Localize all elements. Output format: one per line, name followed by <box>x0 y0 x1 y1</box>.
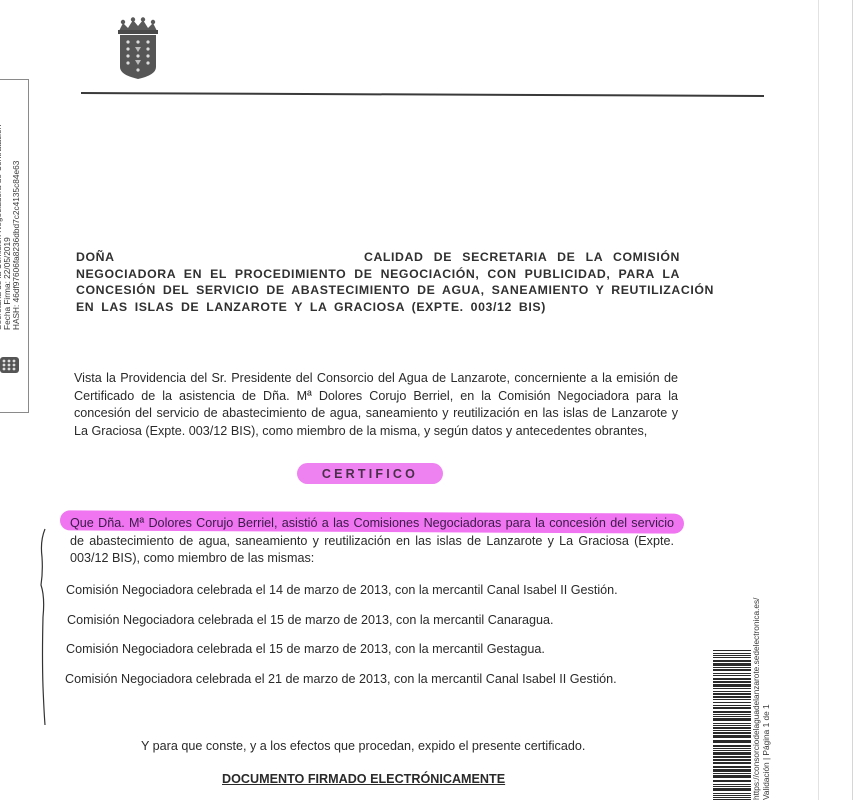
list-item: Comisión Negociadora celebrada el 14 de … <box>66 583 666 613</box>
heading-line-2: NEGOCIADORA EN EL PROCEDIMIENTO DE NEGOC… <box>76 266 680 283</box>
signed-electronically-label: DOCUMENTO FIRMADO ELECTRÓNICAMENTE <box>222 772 505 786</box>
certificate-heading: DOÑA XXXXXXXXXXXXXXXXXXXXXXXXXX CALIDAD … <box>76 249 680 315</box>
intro-paragraph: Vista la Providencia del Sr. Presidente … <box>74 370 678 440</box>
list-item: Comisión Negociadora celebrada el 15 de … <box>67 613 666 643</box>
document-page: Secretaria de la Comisión Negociadora de… <box>0 0 860 800</box>
list-item: Comisión Negociadora celebrada el 15 de … <box>66 642 666 672</box>
verification-stamp-text: Secretaria de la Comisión Negociadora de… <box>0 80 34 330</box>
validation-page: Validación | Página 1 de 1 <box>762 598 772 800</box>
barcode-icon <box>713 650 751 800</box>
heading-line-3: CONCESIÓN DEL SERVICIO DE ABASTECIMIENTO… <box>76 282 680 299</box>
coat-of-arms-icon <box>115 17 161 81</box>
heading-line-4: EN LAS ISLAS DE LANZAROTE Y LA GRACIOSA … <box>76 299 680 316</box>
header-divider <box>81 92 764 97</box>
redacted-name: XXXXXXXXXXXXXXXXXXXXXXXXXX <box>115 250 364 264</box>
verification-seal-icon <box>0 356 20 374</box>
stamp-line-hash: HASH: 46df97606fa8236dbd7c2c4135c84e63 <box>12 161 21 330</box>
certifico-label: CERTIFICO <box>297 463 443 484</box>
page-edge-line <box>852 0 853 800</box>
validation-text: https://consorciodelaguadelanzarote.sede… <box>752 598 771 800</box>
session-list: Comisión Negociadora celebrada el 14 de … <box>66 583 666 701</box>
page-edge-line <box>818 0 819 800</box>
closing-statement: Y para que conste, y a los efectos que p… <box>141 739 585 753</box>
handwritten-bracket-mark <box>36 527 50 727</box>
certification-paragraph: Que Dña. Mª Dolores Corujo Berriel, asis… <box>70 515 674 568</box>
list-item: Comisión Negociadora celebrada el 21 de … <box>65 672 666 702</box>
heading-line-1: DOÑA XXXXXXXXXXXXXXXXXXXXXXXXXX CALIDAD … <box>76 249 680 266</box>
